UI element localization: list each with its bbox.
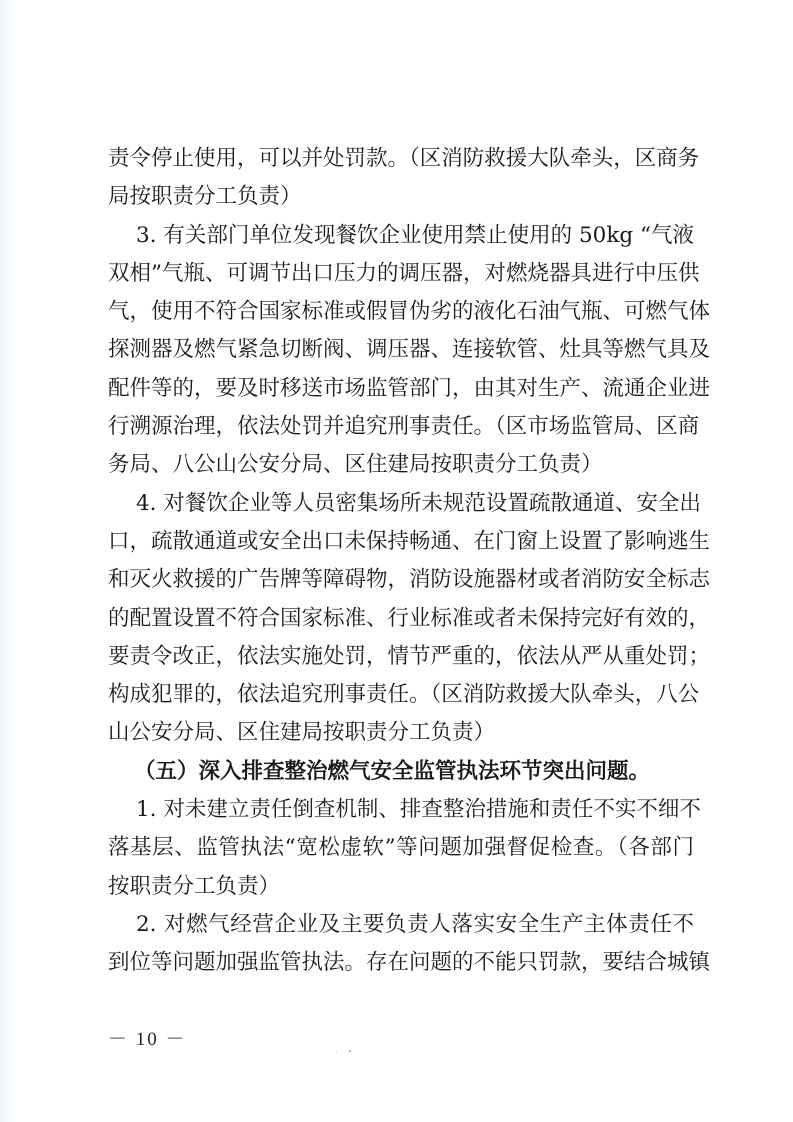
paragraph-line: 局按职责分工负责） xyxy=(108,178,694,216)
paragraph-line: 双相”气瓶、可调节出口压力的调压器，对燃烧器具进行中压供 xyxy=(108,255,694,293)
paragraph-line: 要责令改正，依法实施处罚，情节严重的，依法从严从重处罚； xyxy=(108,638,694,676)
paragraph-line: 口，疏散通道或安全出口未保持畅通、在门窗上设置了影响逃生 xyxy=(108,523,694,561)
page-number: － 10 － xyxy=(108,1024,187,1051)
paragraph-line: 行溯源治理，依法处罚并追究刑事责任。（区市场监管局、区商 xyxy=(108,408,694,446)
item-2-line: 2. 对燃气经营企业及主要负责人落实安全生产主体责任不 xyxy=(108,906,694,944)
paragraph-line: 的配置设置不符合国家标准、行业标准或者未保持完好有效的， xyxy=(108,600,694,638)
item-3-line: 3. 有关部门单位发现餐饮企业使用禁止使用的 50kg “气液 xyxy=(108,217,694,255)
paragraph-line: 探测器及燃气紧急切断阀、调压器、连接软管、灶具等燃气具及 xyxy=(108,331,694,369)
paragraph-line: 和灭火救援的广告牌等障碍物，消防设施器材或者消防安全标志 xyxy=(108,561,694,599)
paragraph-line: 气，使用不符合国家标准或假冒伪劣的液化石油气瓶、可燃气体 xyxy=(108,293,694,331)
paragraph-line: 务局、八公山公安分局、区住建局按职责分工负责） xyxy=(108,446,694,484)
document-body: 责令停止使用，可以并处罚款。（区消防救援大队牵头，区商务 局按职责分工负责） 3… xyxy=(108,140,694,983)
paragraph-line: 按职责分工负责） xyxy=(108,868,694,906)
paragraph-line: 到位等问题加强监管执法。存在问题的不能只罚款，要结合城镇 xyxy=(108,944,694,982)
paragraph-line: 山公安分局、区住建局按职责分工负责） xyxy=(108,714,694,752)
scan-speck xyxy=(336,1051,337,1052)
paragraph-line: 配件等的，要及时移送市场监管部门，由其对生产、流通企业进 xyxy=(108,370,694,408)
paragraph-line: 构成犯罪的，依法追究刑事责任。（区消防救援大队牵头，八公 xyxy=(108,676,694,714)
item-1-line: 1. 对未建立责任倒查机制、排查整治措施和责任不实不细不 xyxy=(108,791,694,829)
scan-speck xyxy=(349,1050,351,1052)
scan-edge-shadow xyxy=(0,0,14,1122)
paragraph-line: 落基层、监管执法“宽松虚软”等问题加强督促检查。（各部门 xyxy=(108,829,694,867)
paragraph-line: 责令停止使用，可以并处罚款。（区消防救援大队牵头，区商务 xyxy=(108,140,694,178)
item-4-line: 4. 对餐饮企业等人员密集场所未规范设置疏散通道、安全出 xyxy=(108,485,694,523)
section-heading-5: （五）深入排查整治燃气安全监管执法环节突出问题。 xyxy=(108,753,694,791)
